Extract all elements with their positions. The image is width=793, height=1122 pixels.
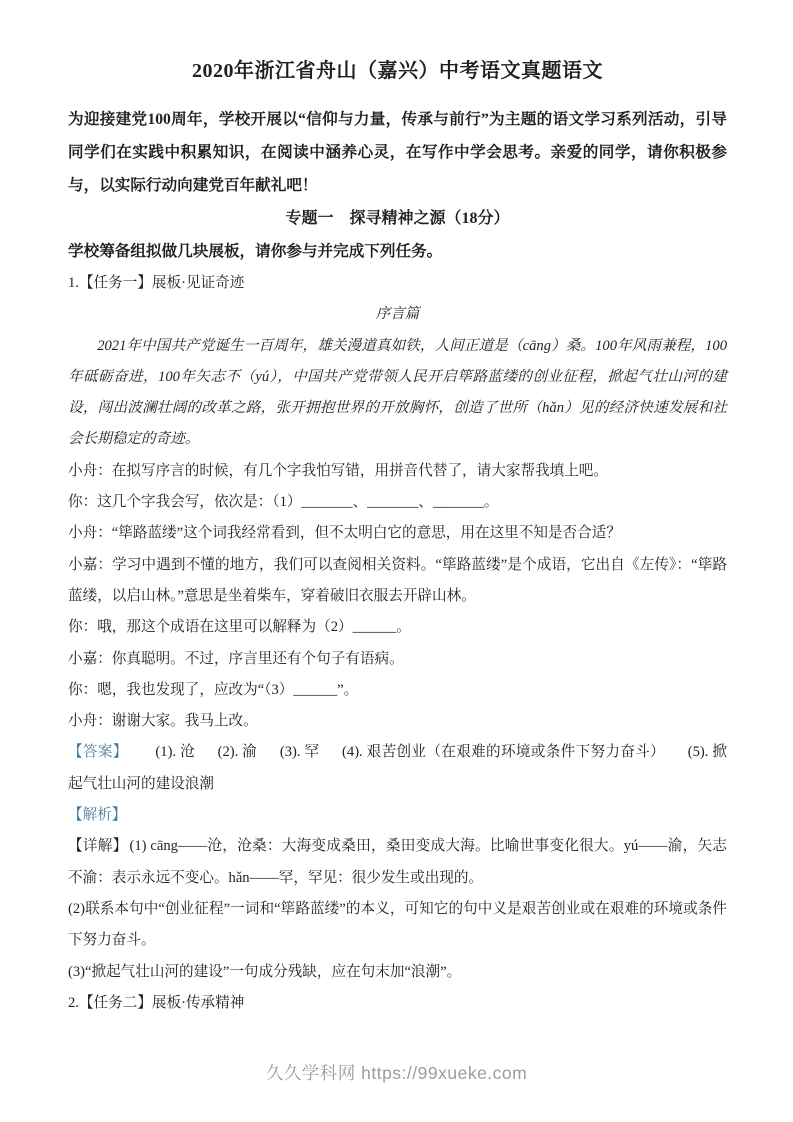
watermark-footer: 久久学科网 https://99xueke.com (0, 1060, 793, 1085)
page-title: 2020年浙江省舟山（嘉兴）中考语文真题语文 (68, 56, 727, 86)
analysis-paragraph-1: (1) cāng——沧，沧桑：大海变成桑田，桑田变成大海。比喻世事变化很大。yú… (68, 838, 727, 885)
analysis-paragraph-3: (3)“掀起气壮山河的建设”一句成分残缺，应在句末加“浪潮”。 (68, 957, 727, 988)
section-intro: 学校筹备组拟做几块展板，请你参与并完成下列任务。 (68, 235, 727, 268)
preface-title: 序言篇 (68, 299, 727, 330)
dialogue-line-xiaozhou-2: 小舟：“筚路蓝缕”这个词我经常看到，但不太明白它的意思，用在这里不知是否合适？ (68, 518, 727, 549)
answer-line: 【答案】(1). 沧(2). 渝(3). 罕(4). 艰苦创业（在艰难的环境或条… (68, 737, 727, 800)
task1-label: 1.【任务一】展板·见证奇迹 (68, 268, 727, 299)
section-heading: 专题一 探寻精神之源（18分） (68, 202, 727, 235)
analysis-label: 【解析】 (68, 800, 727, 831)
dialogue-line-xiajia-1: 小嘉：学习中遇到不懂的地方，我们可以查阅相关资料。“筚路蓝缕”是个成语，它出自《… (68, 550, 727, 613)
analysis-detail-paragraph: 【详解】(1) cāng——沧，沧桑：大海变成桑田，桑田变成大海。比喻世事变化很… (68, 831, 727, 894)
dialogue-line-xiajia-2: 小嘉：你真聪明。不过，序言里还有个句子有语病。 (68, 644, 727, 675)
task2-label: 2.【任务二】展板·传承精神 (68, 988, 727, 1019)
analysis-paragraph-2: (2)联系本句中“创业征程”一词和“筚路蓝缕”的本义，可知它的句中义是艰苦创业或… (68, 894, 727, 957)
intro-paragraph: 为迎接建党100周年，学校开展以“信仰与力量，传承与前行”为主题的语文学习系列活… (68, 103, 727, 202)
answer-item-3: (3). 罕 (280, 744, 320, 760)
answer-item-2: (2). 渝 (218, 744, 258, 760)
preface-body: 2021年中国共产党诞生一百周年，雄关漫道真如铁，人间正道是（cāng）桑。10… (68, 331, 727, 456)
page-content: 2020年浙江省舟山（嘉兴）中考语文真题语文 为迎接建党100周年，学校开展以“… (0, 0, 793, 1019)
dialogue-line-you-3: 你：嗯，我也发现了，应改为“（3）______”。 (68, 675, 727, 706)
dialogue-line-xiaozhou-3: 小舟：谢谢大家。我马上改。 (68, 706, 727, 737)
answer-item-1: (1). 沧 (155, 744, 195, 760)
answer-item-4: (4). 艰苦创业（在艰难的环境或条件下努力奋斗） (342, 744, 665, 760)
dialogue-line-xiaozhou-1: 小舟：在拟写序言的时候，有几个字我怕写错，用拼音代替了，请大家帮我填上吧。 (68, 456, 727, 487)
detail-label: 【详解】 (68, 838, 127, 854)
exam-paper-page: 2020年浙江省舟山（嘉兴）中考语文真题语文 为迎接建党100周年，学校开展以“… (0, 0, 793, 1122)
dialogue-line-you-2: 你：哦，那这个成语在这里可以解释为（2）______。 (68, 612, 727, 643)
dialogue-line-you-1: 你：这几个字我会写，依次是：（1）_______、_______、_______… (68, 487, 727, 518)
answer-label: 【答案】 (68, 744, 128, 760)
